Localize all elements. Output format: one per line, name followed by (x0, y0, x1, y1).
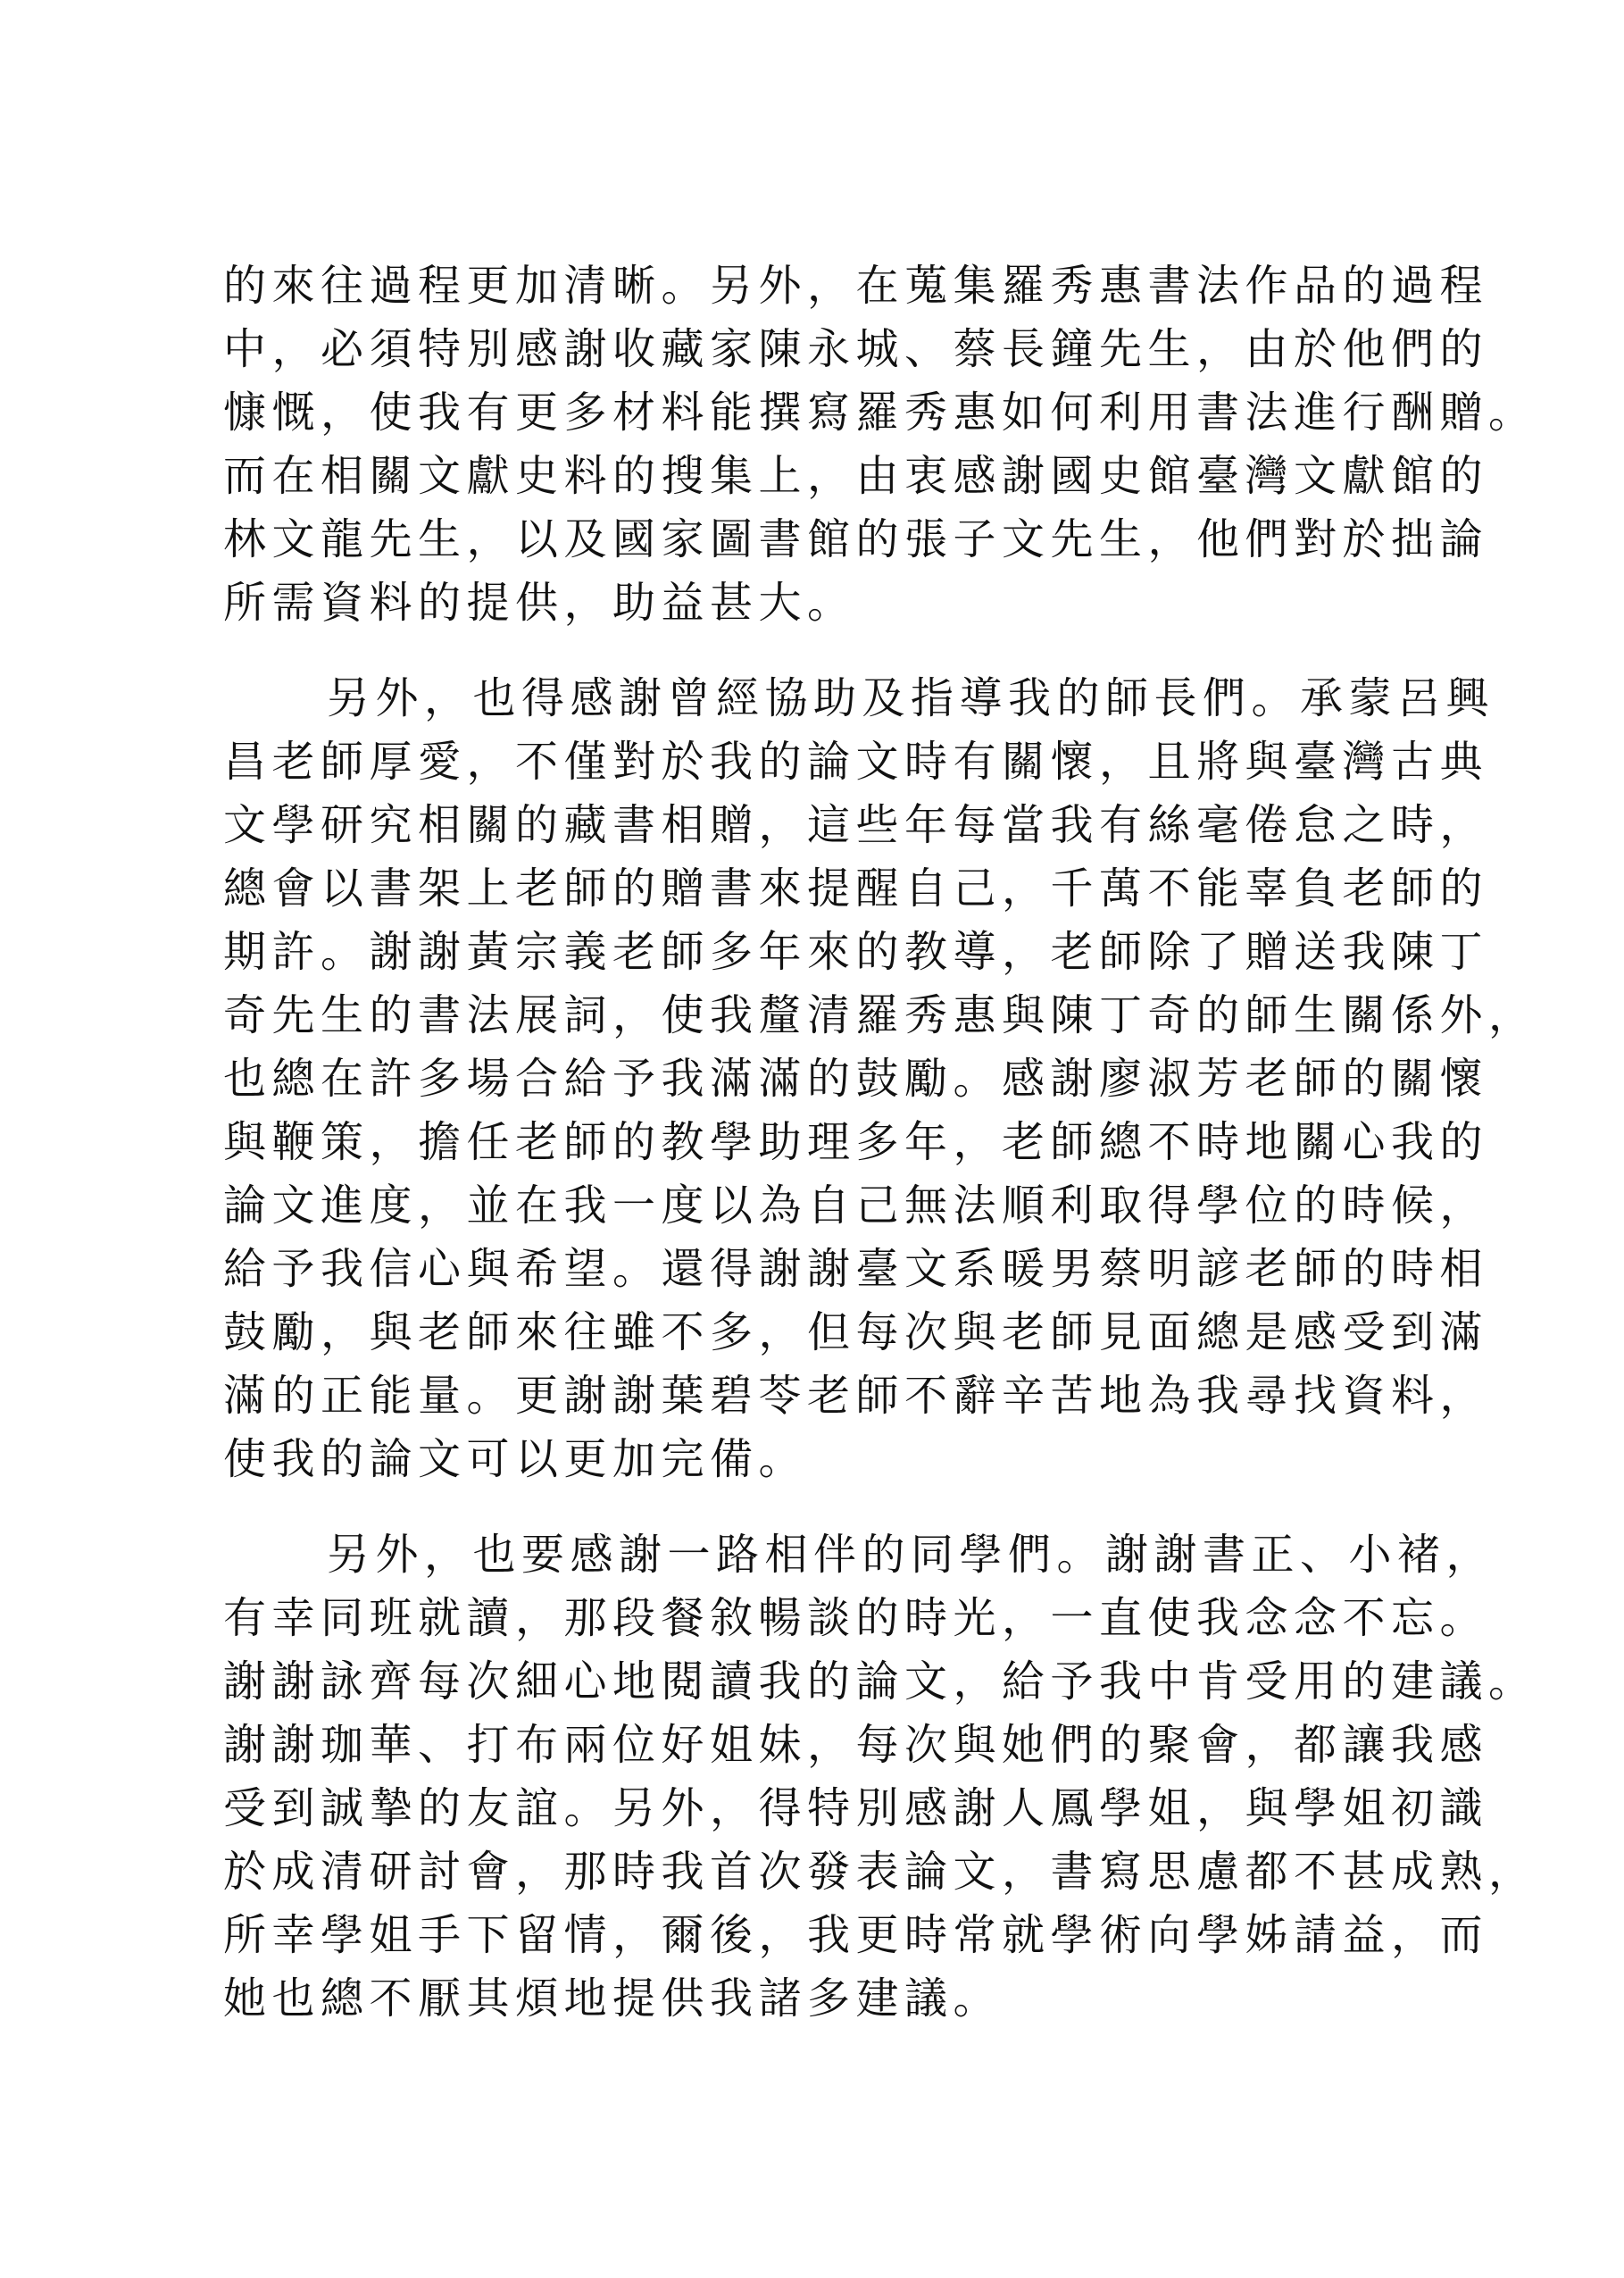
text-line: 昌老師厚愛，不僅對於我的論文時有關懷，且將與臺灣古典 (223, 730, 1393, 794)
text-line: 而在相關文獻史料的搜集上，由衷感謝國史館臺灣文獻館的 (223, 445, 1393, 508)
text-line: 也總在許多場合給予我滿滿的鼓勵。感謝廖淑芳老師的關懷 (223, 1047, 1393, 1111)
text-line: 滿的正能量。更謝謝葉碧苓老師不辭辛苦地為我尋找資料， (223, 1364, 1393, 1428)
text-line: 的來往過程更加清晰。另外，在蒐集羅秀惠書法作品的過程 (223, 255, 1393, 318)
text-line: 給予我信心與希望。還得謝謝臺文系暖男蔡明諺老師的時相 (223, 1238, 1393, 1301)
paragraph-spacing (223, 635, 1393, 667)
text-line: 中，必須特別感謝收藏家陳永城、蔡長鐘先生，由於他們的 (223, 318, 1393, 381)
text-line: 謝謝詠齊每次細心地閱讀我的論文，給予我中肯受用的建議。 (223, 1650, 1393, 1714)
paragraph-spacing (223, 1491, 1393, 1523)
text-line: 所幸學姐手下留情，爾後，我更時常就學術向學姊請益，而 (223, 1904, 1393, 1967)
text-line: 期許。謝謝黃宗義老師多年來的教導，老師除了贈送我陳丁 (223, 921, 1393, 984)
text-line: 林文龍先生，以及國家圖書館的張子文先生，他們對於拙論 (223, 508, 1393, 572)
document-page: 的來往過程更加清晰。另外，在蒐集羅秀惠書法作品的過程 中，必須特別感謝收藏家陳永… (223, 255, 1393, 2031)
text-line: 奇先生的書法展詞，使我釐清羅秀惠與陳丁奇的師生關係外， (223, 984, 1393, 1047)
paragraph-collectors-and-archives: 的來往過程更加清晰。另外，在蒐集羅秀惠書法作品的過程 中，必須特別感謝收藏家陳永… (223, 255, 1393, 635)
paragraph-classmates: 另外，也要感謝一路相伴的同學們。謝謝書正、小褚， 有幸同班就讀，那段餐敘暢談的時… (223, 1523, 1393, 2031)
text-line: 總會以書架上老師的贈書來提醒自己，千萬不能辜負老師的 (223, 857, 1393, 921)
text-line: 慷慨，使我有更多材料能撰寫羅秀惠如何利用書法進行酬贈。 (223, 381, 1393, 445)
text-line: 與鞭策，擔任老師的教學助理多年，老師總不時地關心我的 (223, 1111, 1393, 1174)
text-line: 論文進度，並在我一度以為自己無法順利取得學位的時候， (223, 1174, 1393, 1238)
text-line: 於成清研討會，那時我首次發表論文，書寫思慮都不甚成熟， (223, 1840, 1393, 1904)
text-line: 謝謝珈華、打布兩位好姐妹，每次與她們的聚會，都讓我感 (223, 1714, 1393, 1777)
text-line: 文學研究相關的藏書相贈，這些年每當我有絲毫倦怠之時， (223, 794, 1393, 857)
text-line: 另外，也要感謝一路相伴的同學們。謝謝書正、小褚， (223, 1523, 1393, 1587)
text-line: 有幸同班就讀，那段餐敘暢談的時光，一直使我念念不忘。 (223, 1587, 1393, 1650)
paragraph-teachers: 另外，也得感謝曾經協助及指導我的師長們。承蒙呂興 昌老師厚愛，不僅對於我的論文時… (223, 667, 1393, 1491)
text-line: 受到誠摯的友誼。另外，得特別感謝人鳳學姐，與學姐初識 (223, 1777, 1393, 1840)
text-line: 使我的論文可以更加完備。 (223, 1428, 1393, 1491)
text-line: 她也總不厭其煩地提供我諸多建議。 (223, 1967, 1393, 2031)
text-line: 鼓勵，與老師來往雖不多，但每次與老師見面總是感受到滿 (223, 1301, 1393, 1364)
text-line: 所需資料的提供，助益甚大。 (223, 572, 1393, 635)
text-line: 另外，也得感謝曾經協助及指導我的師長們。承蒙呂興 (223, 667, 1393, 730)
